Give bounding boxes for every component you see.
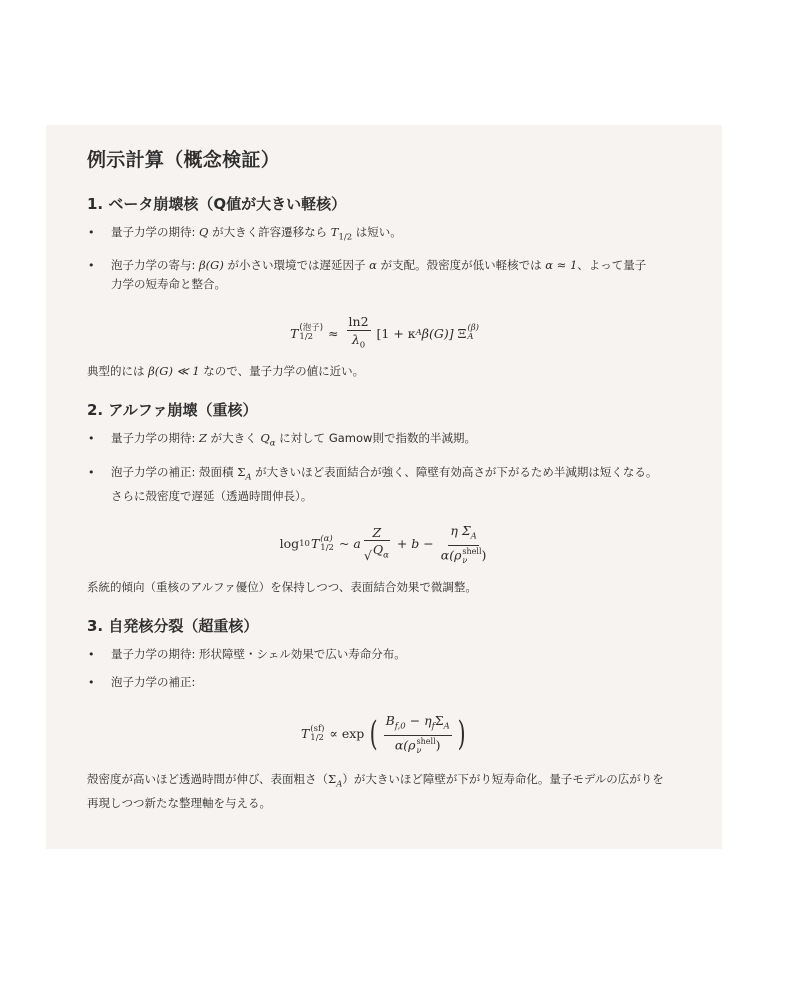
- section-1-heading: 1. ベータ崩壊核（Q値が大きい軽核）: [87, 193, 682, 215]
- equation-beta-decay: T (泡子) 1/2 ≈ ln2 λ0 [1 + κA β(G)] Ξ (β) …: [87, 314, 682, 352]
- fraction: Bf,0 − ηfΣA α(ρshellν): [384, 713, 452, 756]
- fraction: ln2 λ0: [347, 314, 371, 354]
- section-3-bullets: • 量子力学の期待: 形状障壁・シェル効果で広い寿命分布。 • 泡子力学の補正:: [87, 645, 682, 692]
- bullet-icon: •: [88, 463, 95, 482]
- equation-fission: T (sf) 1/2 ∝ exp ( Bf,0 − ηfΣA α(ρshellν…: [87, 710, 682, 758]
- section-3-note: 殻密度が高いほど透過時間が伸び、表面粗さ（ΣA）が大きいほど障壁が下がり短寿命化…: [87, 770, 682, 813]
- bullet-icon: •: [88, 645, 95, 664]
- equation-alpha-decay: log10 T (α) 1/2 ~ a Z √Qα + b − η ΣA α(ρ…: [87, 522, 682, 566]
- section-2-bullets: • 量子力学の期待: Z が大きく Qα に対して Gamow則で指数的半減期。…: [87, 429, 682, 506]
- section-3-heading: 3. 自発核分裂（超重核）: [87, 615, 682, 637]
- list-item: • 泡子力学の寄与: β(G) が小さい環境では遅延因子 α が支配。殻密度が低…: [87, 256, 682, 294]
- right-paren: ): [457, 717, 465, 751]
- section-1-bullets: • 量子力学の期待: Q が大きく許容遷移なら T1/2 は短い。 • 泡子力学…: [87, 223, 682, 294]
- fraction: η ΣA α(ρshellν): [441, 523, 487, 566]
- bullet-icon: •: [88, 429, 95, 448]
- list-item: • 量子力学の期待: 形状障壁・シェル効果で広い寿命分布。: [87, 645, 682, 664]
- equation-supsub: (β) A: [467, 324, 479, 342]
- page-title: 例示計算（概念検証）: [87, 147, 682, 173]
- section-2-heading: 2. アルファ崩壊（重核）: [87, 399, 682, 421]
- equation-supsub: (泡子) 1/2: [299, 324, 323, 342]
- list-item: • 量子力学の期待: Z が大きく Qα に対して Gamow則で指数的半減期。: [87, 429, 682, 453]
- equation-supsub: (α) 1/2: [320, 535, 334, 553]
- section-2-note: 系統的傾向（重核のアルファ優位）を保持しつつ、表面結合効果で微調整。: [87, 578, 682, 597]
- list-item: • 泡子力学の補正: 殻面積 ΣA が大きいほど表面結合が強く、障壁有効高さが下…: [87, 463, 682, 506]
- equation-supsub: (sf) 1/2: [310, 725, 324, 743]
- bullet-icon: •: [88, 256, 95, 275]
- fraction: Z √Qα: [364, 525, 390, 564]
- bullet-icon: •: [88, 223, 95, 242]
- list-item: • 量子力学の期待: Q が大きく許容遷移なら T1/2 は短い。: [87, 223, 682, 247]
- bullet-icon: •: [88, 673, 95, 692]
- section-1-note: 典型的には β(G) ≪ 1 なので、量子力学の値に近い。: [87, 362, 682, 381]
- list-item: • 泡子力学の補正:: [87, 673, 682, 692]
- document-card: 例示計算（概念検証） 1. ベータ崩壊核（Q値が大きい軽核） • 量子力学の期待…: [46, 125, 722, 849]
- left-paren: (: [370, 717, 378, 751]
